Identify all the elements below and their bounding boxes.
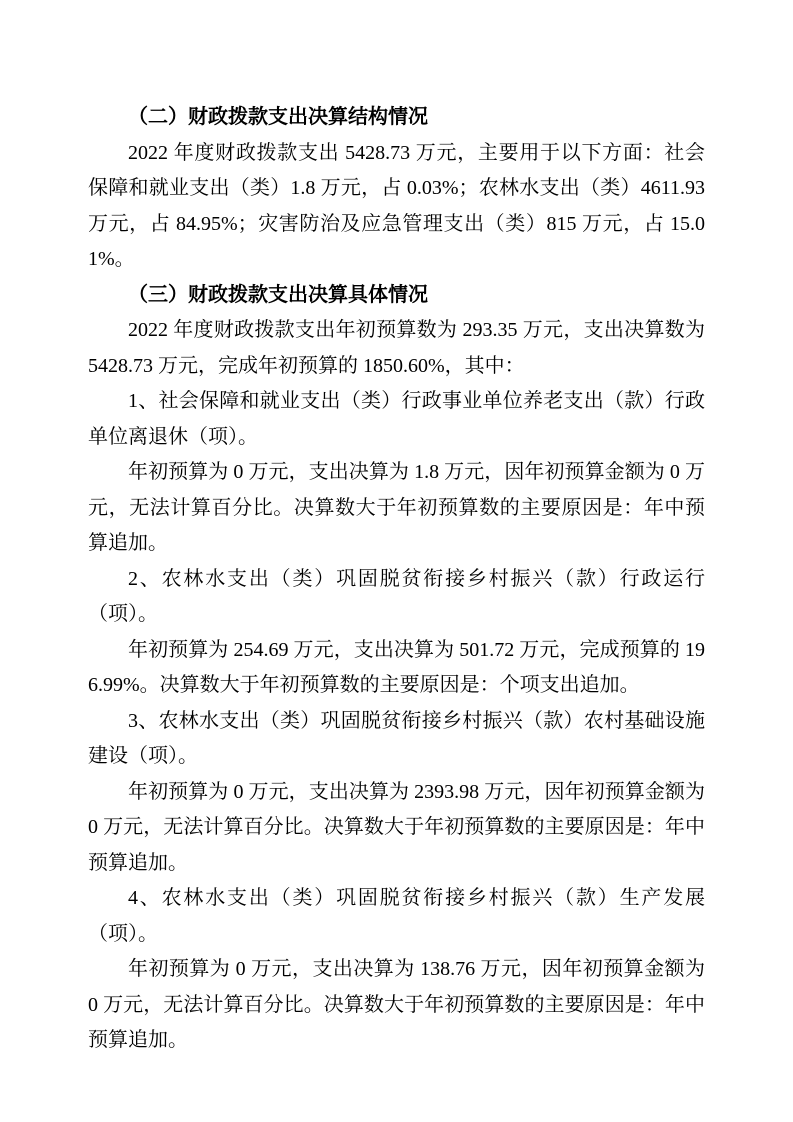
section-heading-fiscal-expenditure-detail: （三）财政拨款支出决算具体情况: [88, 278, 705, 314]
para-item-4-title: 4、农林水支出（类）巩固脱贫衔接乡村振兴（款）生产发展（项）。: [88, 881, 705, 952]
para-expenditure-detail-overview: 2022 年度财政拨款支出年初预算数为 293.35 万元，支出决算数为 542…: [88, 313, 705, 384]
para-item-3-detail: 年初预算为 0 万元，支出决算为 2393.98 万元，因年初预算金额为 0 万…: [88, 775, 705, 882]
para-expenditure-structure-overview: 2022 年度财政拨款支出 5428.73 万元，主要用于以下方面：社会保障和就…: [88, 136, 705, 278]
para-item-1-detail: 年初预算为 0 万元，支出决算为 1.8 万元，因年初预算金额为 0 万元，无法…: [88, 455, 705, 562]
para-item-2-detail: 年初预算为 254.69 万元，支出决算为 501.72 万元，完成预算的 19…: [88, 633, 705, 704]
para-item-3-title: 3、农林水支出（类）巩固脱贫衔接乡村振兴（款）农村基础设施建设（项）。: [88, 704, 705, 775]
section-heading-fiscal-expenditure-structure: （二）财政拨款支出决算结构情况: [88, 100, 705, 136]
document-page: （二）财政拨款支出决算结构情况 2022 年度财政拨款支出 5428.73 万元…: [0, 0, 793, 1122]
para-item-1-title: 1、社会保障和就业支出（类）行政事业单位养老支出（款）行政单位离退休（项）。: [88, 384, 705, 455]
para-item-4-detail: 年初预算为 0 万元，支出决算为 138.76 万元，因年初预算金额为 0 万元…: [88, 952, 705, 1059]
para-item-2-title: 2、农林水支出（类）巩固脱贫衔接乡村振兴（款）行政运行（项）。: [88, 562, 705, 633]
